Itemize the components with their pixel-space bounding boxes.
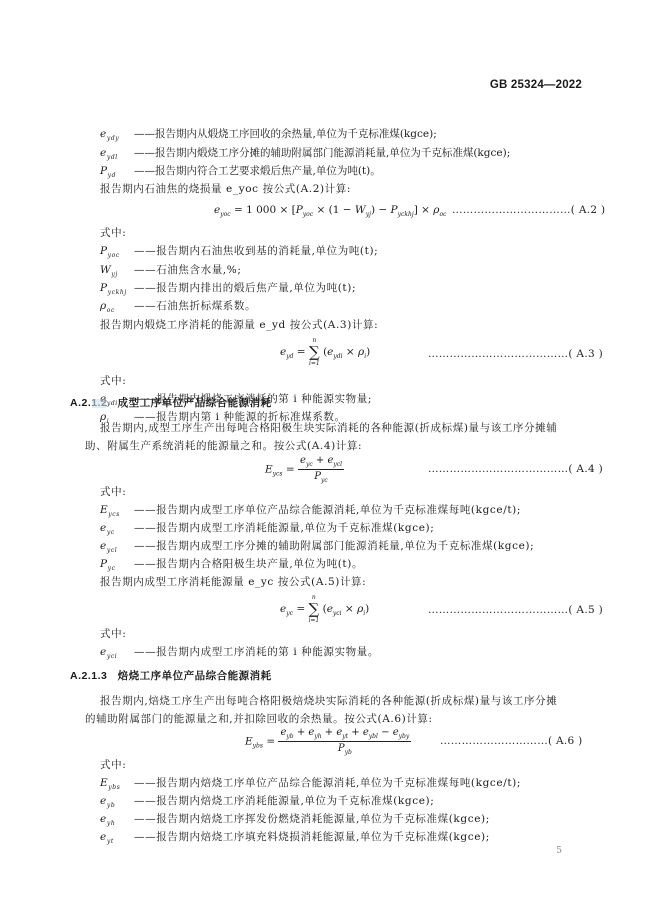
- standard-code-header: GB 25324—2022: [490, 79, 582, 91]
- intro-formula-a5: 报告期内成型工序消耗能源量 e_yc 按公式(A.5)计算:: [100, 575, 366, 589]
- definition-rho-oc: ρoc——石油焦折标煤系数。: [100, 299, 256, 318]
- definition-e-ybs: Eybs——报告期内焙烧工序单位产品综合能源消耗,单位为千克标准煤每吨(kgce…: [100, 776, 521, 795]
- symbol: ρoc: [100, 299, 134, 318]
- paragraph-a212-line1: 报告期内,成型工序生产出每吨合格阳极生块实际消耗的各种能源(折成标煤)量与该工序…: [100, 421, 557, 435]
- page-number: 5: [556, 846, 562, 856]
- paragraph-a213-line2: 的辅助附属部门的能源量之和,并扣除回收的余热量。按公式(A.6)计算:: [85, 712, 433, 726]
- summation-icon: n∑i=1: [308, 593, 319, 625]
- symbol: Pyckhj: [100, 281, 134, 300]
- symbol: eydl: [100, 146, 134, 165]
- definition-e-yci: eyci——报告期内成型工序消耗的第 i 种能源实物量。: [100, 645, 379, 664]
- definition-p-yd: Pyd——报告期内符合工艺要求煅后焦产量,单位为吨(t)。: [100, 164, 381, 183]
- definition-p-yckhj: Pyckhj——报告期内排出的煅后焦产量,单位为吨(t);: [100, 281, 356, 300]
- where-label: 式中:: [100, 485, 126, 499]
- paragraph-a213-line1: 报告期内,焙烧工序生产出每吨合格阳极焙烧块实际消耗的各种能源(折成标煤)量与该工…: [100, 694, 557, 708]
- section-heading-a213: A.2.1.3 焙烧工序单位产品综合能源消耗: [70, 668, 272, 683]
- fraction: eyc + eycl Pyc: [298, 455, 344, 484]
- symbol: Eybs: [100, 776, 134, 795]
- definition-e-yh: eyh——报告期内焙烧工序挥发份燃烧消耗能源量,单位为千克标准煤(kgce);: [100, 812, 490, 831]
- definition-w-yj: Wyj——石油焦含水量,%;: [100, 263, 241, 282]
- equation-number-a5: …………………………………( A.5 ): [428, 604, 603, 616]
- definition-e-yb: eyb——报告期内焙烧工序消耗能源量,单位为千克标准煤(kgce);: [100, 794, 434, 813]
- paragraph-a212-line2: 助、附属生产系统消耗的能源量之和。按公式(A.4)计算:: [85, 439, 362, 453]
- definition-e-ycl: eycl——报告期内成型工序分摊的辅助附属部门能源消耗量,单位为千克标准煤(kg…: [100, 539, 534, 558]
- symbol: eyb: [100, 794, 134, 813]
- equation-number-a4: …………………………………( A.4 ): [428, 463, 603, 475]
- definition-e-ycs: Eycs——报告期内成型工序单位产品综合能源消耗,单位为千克标准煤每吨(kgce…: [100, 503, 521, 522]
- definition-e-ydl: eydl——报告期内煅烧工序分摊的辅助附属部门能源消耗量,单位为千克标准煤(kg…: [100, 146, 510, 165]
- formula-a4: Eycs = eyc + eycl Pyc: [265, 455, 344, 484]
- symbol: Pyc: [100, 557, 134, 576]
- symbol: eyt: [100, 830, 134, 849]
- watermark-logo: [92, 399, 106, 408]
- equation-number-a6: …………………………( A.6 ): [440, 735, 583, 747]
- symbol: eyh: [100, 812, 134, 831]
- symbol: eydy: [100, 127, 134, 146]
- symbol: eycl: [100, 539, 134, 558]
- formula-a2: eyoc = 1 000 × [Pyoc × (1 − Wyj) − Pyckh…: [214, 204, 446, 218]
- where-label: 式中:: [100, 374, 126, 388]
- document-page: GB 25324—2022 eydy——报告期内从煅烧工序回收的余热量,单位为千…: [0, 0, 650, 919]
- equation-number-a3: …………………………………( A.3 ): [428, 348, 603, 360]
- fraction: eyb + eyh + eyt + eybl − eyby Pyb: [278, 727, 411, 756]
- definition-p-yc: Pyc——报告期内合格阳极生块产量,单位为吨(t)。: [100, 557, 363, 576]
- definition-e-yc: eyc——报告期内成型工序消耗能源量,单位为千克标准煤(kgce);: [100, 521, 434, 540]
- formula-a3: eyd = n∑i=1 (eydi × ρi): [280, 336, 370, 368]
- formula-a6: Eybs = eyb + eyh + eyt + eybl − eyby Pyb: [245, 727, 411, 756]
- symbol: Pyd: [100, 164, 134, 183]
- intro-formula-a3: 报告期内煅烧工序消耗的能源量 e_yd 按公式(A.3)计算:: [100, 318, 378, 332]
- summation-icon: n∑i=1: [309, 336, 320, 368]
- definition-p-yoc: Pyoc——报告期内石油焦收到基的消耗量,单位为吨(t);: [100, 244, 378, 263]
- symbol: Pyoc: [100, 244, 134, 263]
- symbol: eyc: [100, 521, 134, 540]
- where-label: 式中:: [100, 758, 126, 772]
- symbol: Eycs: [100, 503, 134, 522]
- symbol: eyci: [100, 645, 134, 664]
- where-label: 式中:: [100, 226, 126, 240]
- formula-a5: eyc = n∑i=1 (eyci × ρi): [280, 593, 369, 625]
- symbol: Wyj: [100, 263, 134, 282]
- equation-number-a2: ……………………………( A.2 ): [452, 204, 605, 216]
- where-label: 式中:: [100, 627, 126, 641]
- definition-e-ydy: eydy——报告期内从煅烧工序回收的余热量,单位为千克标准煤(kgce);: [100, 127, 437, 146]
- intro-formula-a2: 报告期内石油焦的烧损量 e_yoc 按公式(A.2)计算:: [100, 182, 351, 196]
- definition-e-yt: eyt——报告期内焙烧工序填充料烧损消耗能源量,单位为千克标准煤(kgce);: [100, 830, 490, 849]
